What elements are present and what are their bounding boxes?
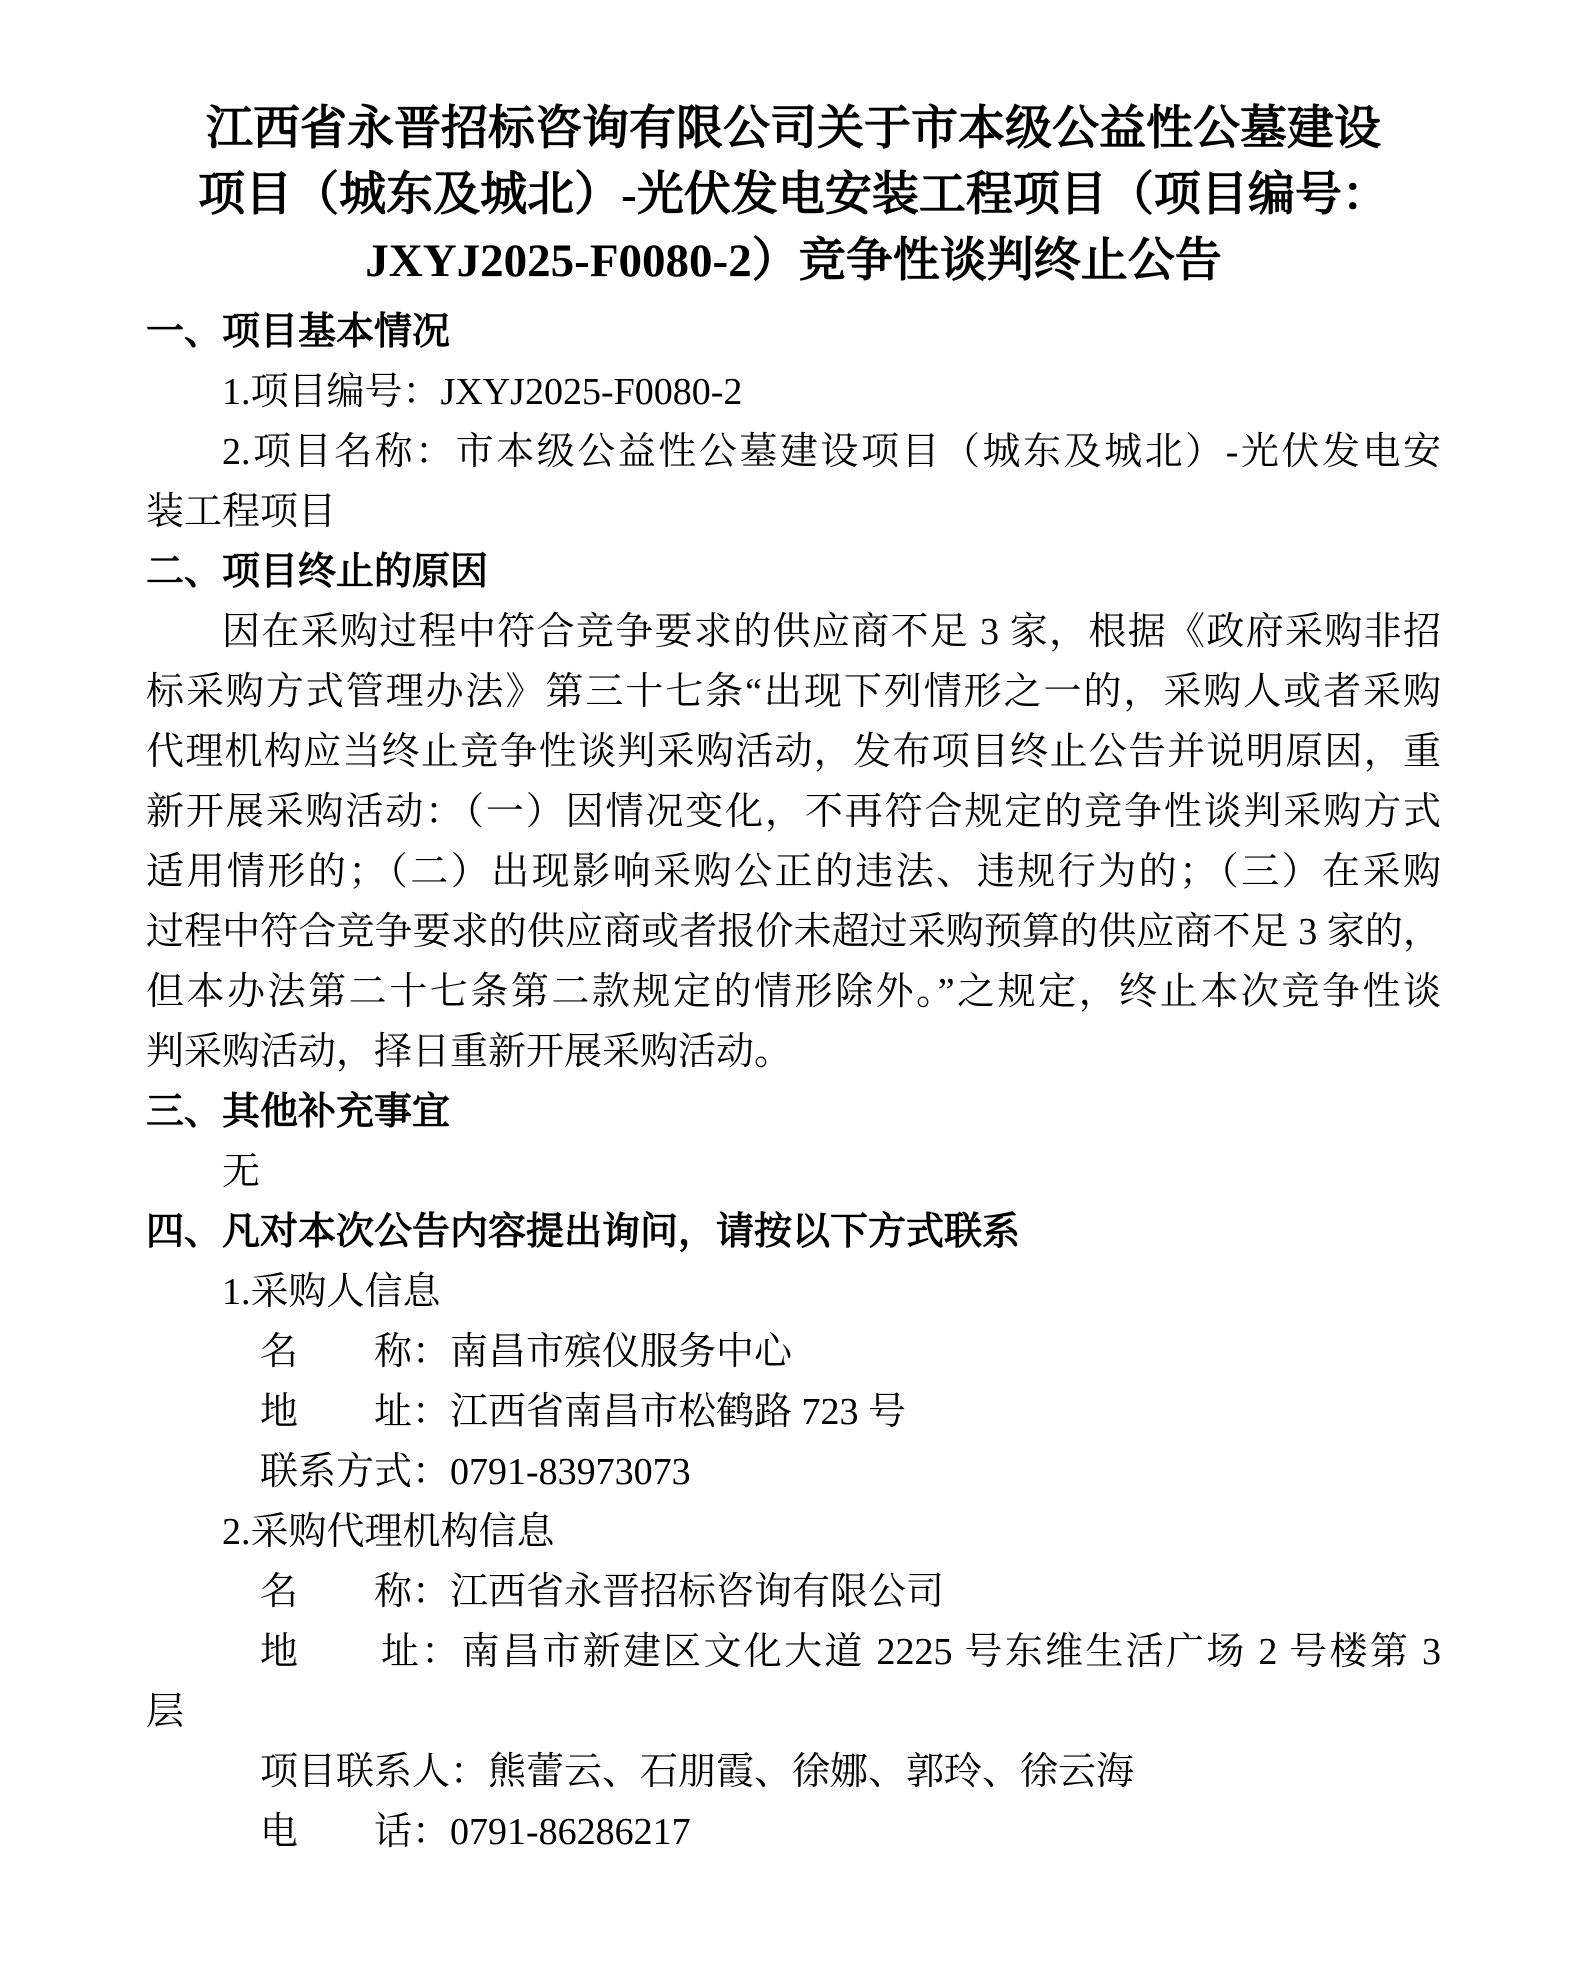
project-name-line-2: 装工程项目 bbox=[146, 482, 1441, 542]
purchaser-info: 1.采购人信息 名 称：南昌市殡仪服务中心 地 址：江西省南昌市松鹤路 723 … bbox=[146, 1262, 1441, 1502]
document-title: 江西省永晋招标咨询有限公司关于市本级公益性公墓建设 项目（城东及城北）-光伏发电… bbox=[146, 96, 1441, 294]
reason-paragraph-line: 判采购活动，择日重新开展采购活动。 bbox=[146, 1022, 1441, 1082]
purchaser-address: 地 址：江西省南昌市松鹤路 723 号 bbox=[146, 1382, 1441, 1442]
document-title-line-1: 江西省永晋招标咨询有限公司关于市本级公益性公墓建设 bbox=[146, 96, 1441, 162]
agency-contact-person: 项目联系人：熊蕾云、石朋霞、徐娜、郭玲、徐云海 bbox=[146, 1742, 1441, 1802]
agency-info-label: 2.采购代理机构信息 bbox=[146, 1502, 1441, 1562]
purchaser-info-label: 1.采购人信息 bbox=[146, 1262, 1441, 1322]
reason-paragraph-line: 因在采购过程中符合竞争要求的供应商不足 3 家，根据《政府采购非招 bbox=[146, 602, 1441, 662]
agency-address-line-1: 地 址：南昌市新建区文化大道 2225 号东维生活广场 2 号楼第 3 bbox=[146, 1622, 1441, 1682]
reason-paragraph-line: 过程中符合竞争要求的供应商或者报价未超过采购预算的供应商不足 3 家的， bbox=[146, 902, 1441, 962]
reason-paragraph-line: 适用情形的；（二）出现影响采购公正的违法、违规行为的；（三）在采购 bbox=[146, 842, 1441, 902]
section-contact-heading: 四、凡对本次公告内容提出询问，请按以下方式联系 bbox=[146, 1202, 1441, 1262]
document-title-line-3: JXYJ2025-F0080-2）竞争性谈判终止公告 bbox=[146, 228, 1441, 294]
project-number: 1.项目编号：JXYJ2025-F0080-2 bbox=[146, 362, 1441, 422]
agency-info: 2.采购代理机构信息 名 称：江西省永晋招标咨询有限公司 地 址：南昌市新建区文… bbox=[146, 1502, 1441, 1862]
section-supplement: 三、其他补充事宜 无 bbox=[146, 1082, 1441, 1202]
supplement-content: 无 bbox=[146, 1142, 1441, 1202]
reason-paragraph-line: 但本办法第二十七条第二款规定的情形除外。”之规定，终止本次竞争性谈 bbox=[146, 962, 1441, 1022]
document-title-line-2: 项目（城东及城北）-光伏发电安装工程项目（项目编号： bbox=[146, 162, 1441, 228]
agency-name: 名 称：江西省永晋招标咨询有限公司 bbox=[146, 1562, 1441, 1622]
section-basic-info-heading: 一、项目基本情况 bbox=[146, 302, 1441, 362]
reason-paragraph-line: 代理机构应当终止竞争性谈判采购活动，发布项目终止公告并说明原因，重 bbox=[146, 722, 1441, 782]
announcement-document: 江西省永晋招标咨询有限公司关于市本级公益性公墓建设 项目（城东及城北）-光伏发电… bbox=[0, 0, 1587, 1968]
agency-address-line-2: 层 bbox=[146, 1682, 1441, 1742]
section-termination-reason-heading: 二、项目终止的原因 bbox=[146, 542, 1441, 602]
purchaser-name: 名 称：南昌市殡仪服务中心 bbox=[146, 1322, 1441, 1382]
reason-paragraph-line: 标采购方式管理办法》第三十七条“出现下列情形之一的，采购人或者采购 bbox=[146, 662, 1441, 722]
section-termination-reason: 二、项目终止的原因 因在采购过程中符合竞争要求的供应商不足 3 家，根据《政府采… bbox=[146, 542, 1441, 1082]
reason-paragraph-line: 新开展采购活动：（一）因情况变化，不再符合规定的竞争性谈判采购方式 bbox=[146, 782, 1441, 842]
section-contact: 四、凡对本次公告内容提出询问，请按以下方式联系 1.采购人信息 名 称：南昌市殡… bbox=[146, 1202, 1441, 1862]
section-supplement-heading: 三、其他补充事宜 bbox=[146, 1082, 1441, 1142]
section-basic-info: 一、项目基本情况 1.项目编号：JXYJ2025-F0080-2 2.项目名称：… bbox=[146, 302, 1441, 542]
project-name-line-1: 2.项目名称：市本级公益性公墓建设项目（城东及城北）-光伏发电安 bbox=[146, 422, 1441, 482]
purchaser-contact: 联系方式：0791-83973073 bbox=[146, 1442, 1441, 1502]
agency-phone: 电 话：0791-86286217 bbox=[146, 1802, 1441, 1862]
